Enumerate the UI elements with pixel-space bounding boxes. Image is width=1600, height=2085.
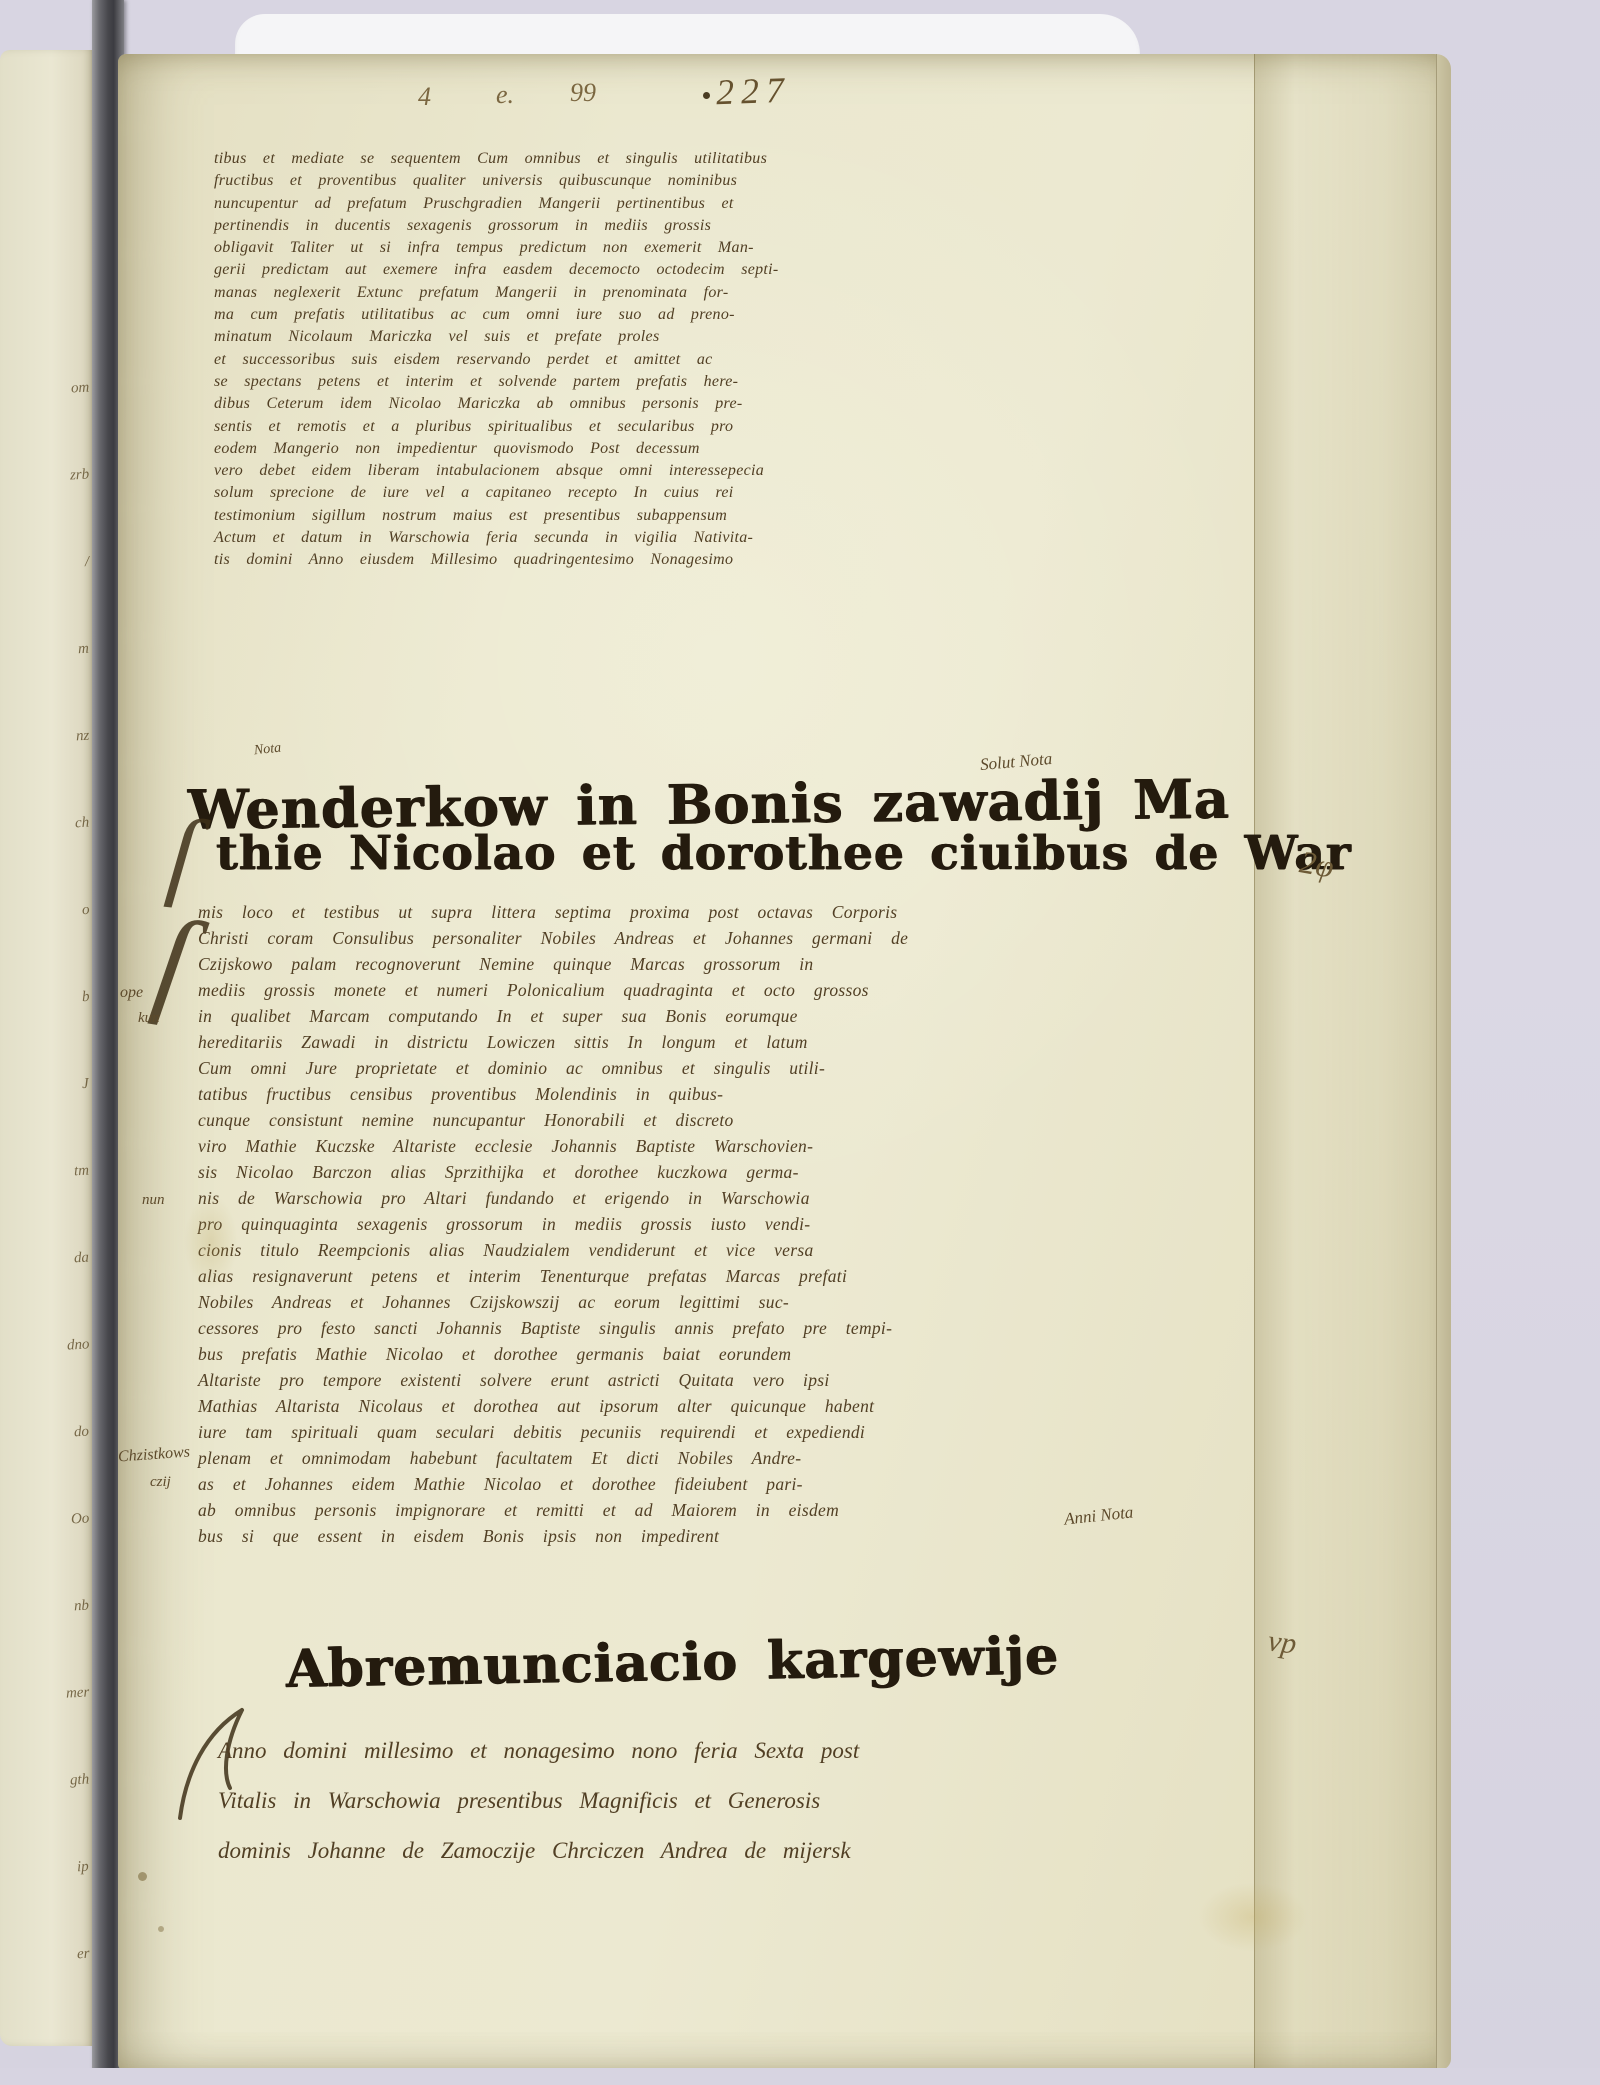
margin-mark-upper: 2φ xyxy=(1297,843,1337,885)
entry1-paragraph: tibus et mediate se sequentem Cum omnibu… xyxy=(214,148,779,572)
manuscript-line: pro quinquaginta sexagenis grossorum in … xyxy=(198,1211,908,1237)
text-fragment: o xyxy=(81,902,89,919)
facing-page-text-fragments: omzrb/mnzchobJtmdadnodoOonbmergthiper xyxy=(66,380,89,1963)
text-fragment: ch xyxy=(74,815,89,833)
manuscript-line: Altariste pro tempore existenti solvere … xyxy=(198,1367,908,1393)
manuscript-line: Mathias Altarista Nicolaus et dorothea a… xyxy=(198,1393,908,1419)
manuscript-line: solum sprecione de iure vel a capitaneo … xyxy=(214,482,779,504)
margin-note-end: Anni Nota xyxy=(1063,1502,1134,1529)
manuscript-line: et successoribus suis eisdem reservando … xyxy=(214,349,779,371)
text-fragment: da xyxy=(74,1250,90,1268)
manuscript-line: dominis Johanne de Zamoczije Chrciczen A… xyxy=(218,1826,859,1876)
manuscript-line: Nobiles Andreas et Johannes Czijskowszij… xyxy=(198,1289,908,1315)
manuscript-line: sis Nicolao Barczon alias Sprzithijka et… xyxy=(198,1159,908,1185)
text-fragment: zrb xyxy=(69,467,89,485)
margin-note-insert1: ope xyxy=(120,984,143,1002)
manuscript-line: obligavit Taliter ut si infra tempus pre… xyxy=(214,237,779,259)
manuscript-line: tatibus fructibus censibus proventibus M… xyxy=(198,1081,908,1107)
manuscript-line: Vitalis in Warschowia presentibus Magnif… xyxy=(218,1776,859,1826)
manuscript-line: manas neglexerit Extunc prefatum Mangeri… xyxy=(214,282,779,304)
manuscript-line: mediis grossis monete et numeri Polonica… xyxy=(198,977,908,1003)
manuscript-line: Czijskowo palam recognoverunt Nemine qui… xyxy=(198,951,908,977)
manuscript-line: Actum et datum in Warschowia feria secun… xyxy=(214,527,779,549)
text-fragment: Oo xyxy=(70,1511,89,1529)
manuscript-line: Cum omni Jure proprietate et dominio ac … xyxy=(198,1055,908,1081)
entry3-paragraph: Anno domini millesimo et nonagesimo nono… xyxy=(218,1726,859,1876)
manuscript-line: bus si que essent in eisdem Bonis ipsis … xyxy=(198,1523,908,1549)
manuscript-line: testimonium sigillum nostrum maius est p… xyxy=(214,505,779,527)
text-fragment: gth xyxy=(69,1772,89,1790)
manuscript-line: bus prefatis Mathie Nicolao et dorothee … xyxy=(198,1341,908,1367)
margin-note-nun: nun xyxy=(142,1192,165,1209)
text-fragment: tm xyxy=(74,1163,90,1181)
manuscript-line: iure tam spirituali quam seculari debiti… xyxy=(198,1419,908,1445)
manuscript-line: gerii predictam aut exemere infra easdem… xyxy=(214,259,779,281)
manuscript-line: ab omnibus personis impignorare et remit… xyxy=(198,1497,908,1523)
manuscript-line: tibus et mediate se sequentem Cum omnibu… xyxy=(214,148,779,170)
manuscript-line: cessores pro festo sancti Johannis Bapti… xyxy=(198,1315,908,1341)
text-fragment: m xyxy=(78,641,90,659)
text-fragment: dno xyxy=(66,1336,89,1354)
text-fragment: J xyxy=(82,1076,90,1093)
margin-note-nota: Nota xyxy=(253,741,282,760)
margin-note-insert2: kun xyxy=(138,1010,160,1027)
manuscript-line: mis loco et testibus ut supra littera se… xyxy=(198,899,908,925)
manuscript-line: hereditariis Zawadi in districtu Lowicze… xyxy=(198,1029,908,1055)
manuscript-line: tis domini Anno eiusdem Millesimo quadri… xyxy=(214,549,779,571)
manuscript-line: ma cum prefatis utilitatibus ac cum omni… xyxy=(214,304,779,326)
ink-speck xyxy=(138,1872,147,1881)
record-heading-line2: thie Nicolao et dorothee ciuibus de War xyxy=(216,826,1352,881)
folio-header: 4 e. 99 227 xyxy=(118,78,1450,128)
manuscript-page: 4 e. 99 227 tibus et mediate se sequente… xyxy=(118,54,1450,2070)
record-heading-abrenunciacio: Abremunciacio kargewije xyxy=(286,1625,1060,1699)
manuscript-line: cunque consistunt nemine nuncupantur Hon… xyxy=(198,1107,908,1133)
manuscript-line: Anno domini millesimo et nonagesimo nono… xyxy=(218,1726,859,1776)
manuscript-line: Christi coram Consulibus personaliter No… xyxy=(198,925,908,951)
text-fragment: b xyxy=(81,989,89,1006)
text-fragment: er xyxy=(76,1946,89,1964)
entry2-paragraph: mis loco et testibus ut supra littera se… xyxy=(198,899,908,1549)
manuscript-line: in qualibet Marcam computando In et supe… xyxy=(198,1003,908,1029)
scanner-background xyxy=(0,2068,1600,2085)
manuscript-line: minatum Nicolaum Mariczka vel suis et pr… xyxy=(214,326,779,348)
text-fragment: ip xyxy=(77,1859,90,1877)
page-number: 227 xyxy=(715,69,791,114)
text-fragment: nz xyxy=(75,728,89,746)
ink-speck xyxy=(158,1926,164,1932)
manuscript-line: eodem Mangerio non impedientur quovismod… xyxy=(214,438,779,460)
text-fragment: / xyxy=(84,554,89,571)
manuscript-line: pertinendis in ducentis sexagenis grosso… xyxy=(214,215,779,237)
folio-mark: e. xyxy=(496,80,514,110)
manuscript-line: sentis et remotis et a pluribus spiritua… xyxy=(214,416,779,438)
text-fragment: mer xyxy=(65,1684,89,1702)
manuscript-line: as et Johannes eidem Mathie Nicolao et d… xyxy=(198,1471,908,1497)
page-fold-band xyxy=(1254,54,1437,2070)
folio-mark: 4 xyxy=(418,82,431,112)
margin-note-surname1: Chzistkows xyxy=(117,1444,190,1467)
text-fragment: nb xyxy=(74,1598,90,1616)
margin-mark-lower: vp xyxy=(1266,1624,1299,1662)
manuscript-line: nuncupentur ad prefatum Pruschgradien Ma… xyxy=(214,193,779,215)
folio-mark: 99 xyxy=(570,78,596,108)
text-fragment: om xyxy=(70,380,89,398)
margin-note-surname2: czij xyxy=(150,1474,171,1491)
text-fragment: do xyxy=(74,1424,90,1442)
manuscript-line: se spectans petens et interim et solvend… xyxy=(214,371,779,393)
facing-page-edge: omzrb/mnzchobJtmdadnodoOonbmergthiper xyxy=(0,50,94,2046)
manuscript-line: plenam et omnimodam habebunt facultatem … xyxy=(198,1445,908,1471)
manuscript-line: cionis titulo Reempcionis alias Naudzial… xyxy=(198,1237,908,1263)
page-deckle-edge xyxy=(1436,54,1451,2070)
manuscript-line: vero debet eidem liberam intabulacionem … xyxy=(214,460,779,482)
manuscript-line: alias resignaverunt petens et interim Te… xyxy=(198,1263,908,1289)
manuscript-line: fructibus et proventibus qualiter univer… xyxy=(214,170,779,192)
manuscript-line: viro Mathie Kuczske Altariste ecclesie J… xyxy=(198,1133,908,1159)
manuscript-line: nis de Warschowia pro Altari fundando et… xyxy=(198,1185,908,1211)
manuscript-line: dibus Ceterum idem Nicolao Mariczka ab o… xyxy=(214,393,779,415)
